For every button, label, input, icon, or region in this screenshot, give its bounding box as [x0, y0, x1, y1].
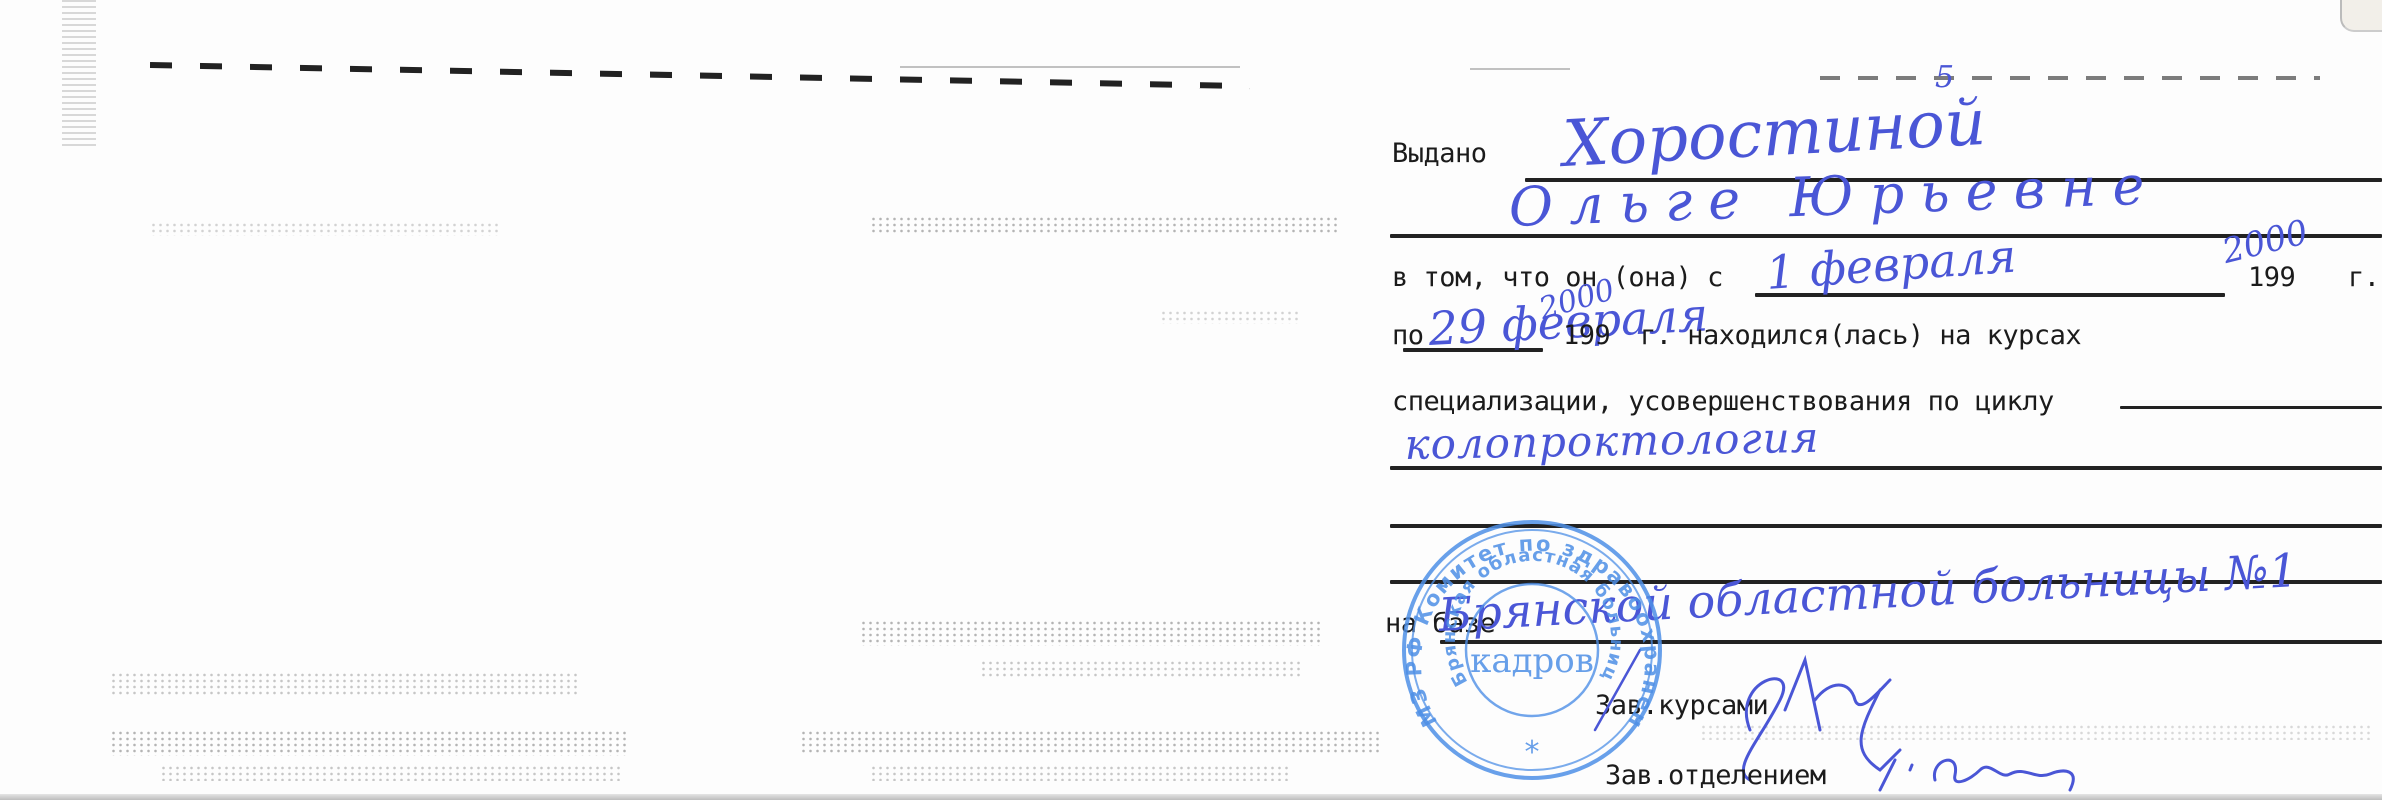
scanned-document: Выдано Хоростиной 5 Ольге Юрьевне в том,…	[0, 0, 2382, 800]
svg-text:МЗ РФ Комитет по здравоохранен: МЗ РФ Комитет по здравоохранению	[1398, 512, 1664, 734]
dashed-cut-line-right	[1820, 76, 2320, 80]
faded-text	[870, 216, 1340, 234]
cycle-handwritten: колопроктология	[1404, 413, 1820, 469]
surname-mark: 5	[1935, 60, 1954, 95]
official-stamp: МЗ РФ Комитет по здравоохранению Брянска…	[1398, 512, 1666, 787]
faded-text	[110, 730, 630, 756]
faded-text	[1160, 310, 1300, 324]
faded-text	[860, 620, 1320, 646]
to-year-printed: 199	[1563, 320, 1610, 351]
faded-text	[980, 660, 1300, 678]
page-corner-fold	[2340, 0, 2382, 32]
stamp-center-text: кадров	[1470, 641, 1594, 681]
from-date-handwritten: 1 февраля	[1764, 229, 2018, 300]
stamp-star: *	[1525, 735, 1540, 770]
cycle-line-short	[2120, 406, 2382, 409]
stamp-outer-text: МЗ РФ Комитет по здравоохранению	[1398, 512, 1664, 734]
faded-text	[150, 222, 500, 236]
head-department-signature	[1870, 730, 2130, 800]
faded-text	[110, 672, 580, 696]
scan-artifact-strip	[62, 0, 96, 150]
from-year-printed: 199	[2248, 262, 2295, 293]
attended-label: г. находился(лась) на курсах	[1640, 320, 2081, 351]
year-suffix: г.	[2348, 262, 2380, 293]
faded-text	[800, 730, 1380, 754]
specialization-label: специализации, усовершенствования по цик…	[1392, 386, 2054, 417]
issued-label: Выдано	[1392, 138, 1487, 169]
faded-text	[870, 765, 1290, 781]
faded-text	[160, 765, 620, 781]
to-label: по	[1392, 320, 1424, 351]
faint-rule	[900, 66, 1240, 68]
faint-rule	[1470, 68, 1570, 70]
